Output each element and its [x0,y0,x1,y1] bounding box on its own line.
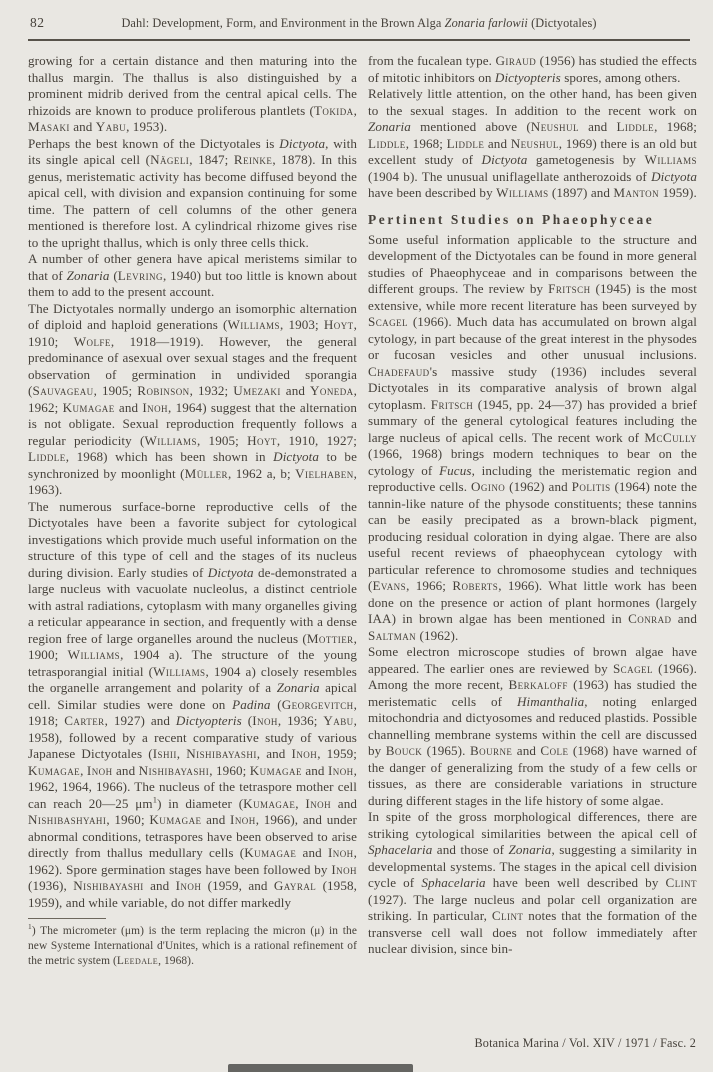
text-columns: growing for a certain distance and then … [28,53,697,969]
footnote: 1) The micrometer (μm) is the term repla… [28,924,357,969]
scan-edge-artifact [228,1064,413,1072]
body-paragraph: Some electron microscope studies of brow… [368,644,697,809]
journal-footer: Botanica Marina / Vol. XIV / 1971 / Fasc… [474,1036,696,1051]
body-paragraph: A number of other genera have apical mer… [28,251,357,301]
body-paragraph: from the fucalean type. Giraud (1956) ha… [368,53,697,86]
right-column: from the fucalean type. Giraud (1956) ha… [368,53,697,969]
body-paragraph: The numerous surface-borne reproductive … [28,499,357,912]
body-paragraph: Relatively little attention, on the othe… [368,86,697,202]
page-header: 82 Dahl: Development, Form, and Environm… [28,15,690,37]
body-paragraph: Perhaps the best known of the Dictyotale… [28,136,357,252]
body-paragraph: In spite of the gross morphological diff… [368,809,697,958]
running-title: Dahl: Development, Form, and Environment… [28,16,690,31]
body-paragraph: Some useful information applicable to th… [368,232,697,645]
left-column: growing for a certain distance and then … [28,53,357,969]
header-rule [28,39,690,41]
body-paragraph: The Dictyotales normally undergo an isom… [28,301,357,499]
section-heading: Pertinent Studies on Phaeophyceae [368,212,697,228]
body-paragraph: growing for a certain distance and then … [28,53,357,136]
scanned-paper-page: 82 Dahl: Development, Form, and Environm… [0,0,713,1072]
footnote-rule [28,918,106,919]
